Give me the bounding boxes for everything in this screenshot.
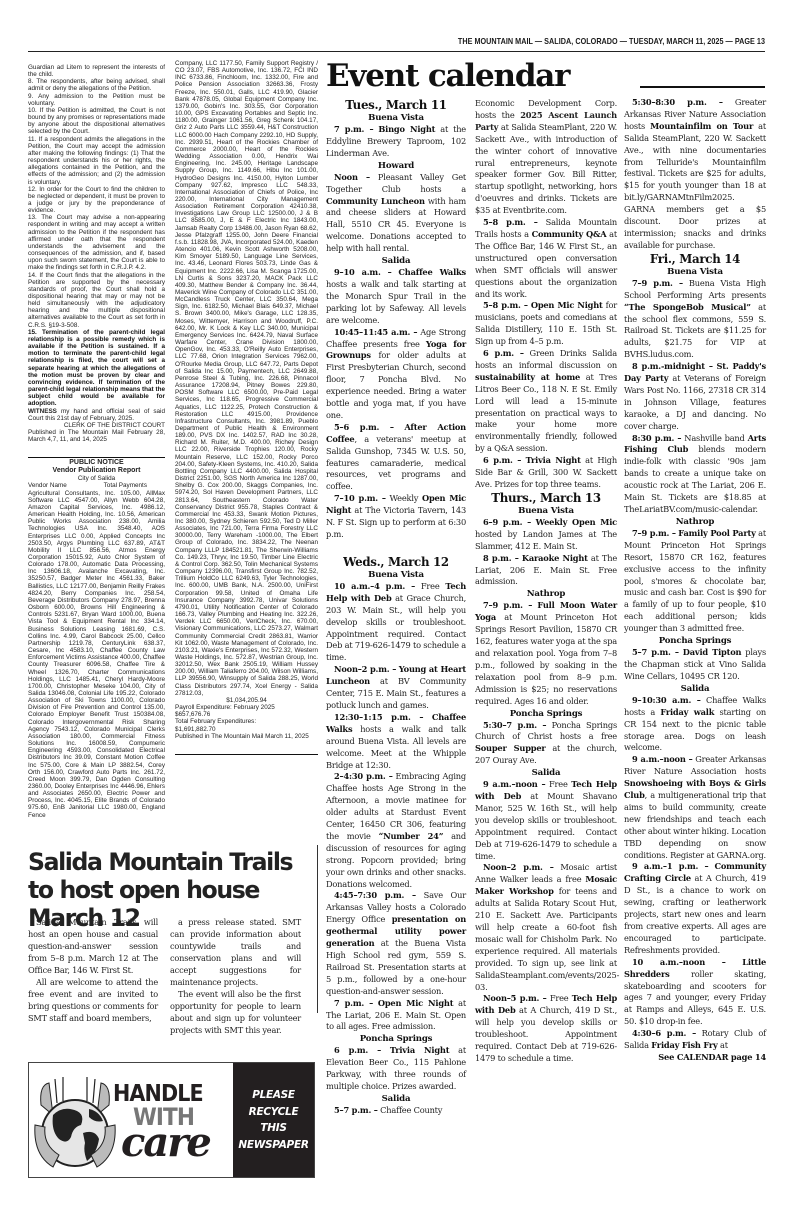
event-details: at Tres Litros Beer Co., 118 N. E St. Em… — [475, 372, 617, 453]
town-heading: Howard — [326, 160, 466, 172]
vendor-report-title: Vendor Publication Report — [28, 467, 165, 475]
event-item: 7–10 p.m. – Weekly Open Mic Night at The… — [326, 493, 466, 541]
town-heading: Buena Vista — [326, 569, 466, 581]
town-heading: Buena Vista — [475, 505, 617, 517]
event-item: 5:30–8:30 p.m. – Greater Arkansas River … — [624, 97, 766, 252]
event-item: 10 a.m.–noon – Little Shredders roller s… — [624, 957, 766, 1028]
town-heading: Buena Vista — [326, 112, 466, 124]
town-heading: Buena Vista — [624, 266, 766, 278]
event-item: 4:30–6 p.m. – Rotary Club of Salida Frid… — [624, 1028, 766, 1052]
recycle-ad: HANDLE WITH care PLEASE RECYCLE THIS NEW… — [28, 1062, 315, 1178]
continued-jump-link[interactable]: See CALENDAR page 14 — [624, 1052, 766, 1064]
event-time: 5–8 p.m. – — [483, 300, 528, 310]
story-paragraph: a press release stated. SMT can provide … — [170, 916, 301, 988]
event-time: 7–9 p.m. – — [632, 278, 683, 288]
event-name: David Tipton — [683, 647, 742, 657]
event-item: 7–9 p.m. – Full Moon Water Yoga at Mount… — [475, 600, 617, 707]
title-rule — [640, 86, 765, 88]
event-name: Open Mic Night — [531, 300, 603, 310]
event-item: 5–8 p.m. – Open Mic Night for musicians,… — [475, 300, 617, 348]
vendor-list-continued: Company, LLC 1177.50, Family Support Reg… — [175, 60, 318, 755]
event-time: 6 p.m. – — [334, 1045, 381, 1055]
event-text: Weekly — [386, 493, 422, 503]
event-item: 9 a.m.–noon – Greater Arkansas River Nat… — [624, 754, 766, 861]
event-item: 9–10:30 a.m. – Chaffee Walks hosts a Fri… — [624, 695, 766, 755]
event-time: Noon – — [334, 172, 370, 182]
event-details: blends modern indie-folk with classic '9… — [624, 444, 766, 514]
event-time: 9 a.m.–noon – — [632, 754, 693, 764]
event-time: 6 p.m. – — [483, 348, 524, 358]
event-name: Bingo Night — [378, 124, 435, 134]
total-expenditures-value: $1,691,882.70 — [175, 726, 318, 733]
town-heading: Poncha Springs — [475, 708, 617, 720]
event-time: Noon–2 p.m. – — [334, 664, 396, 674]
event-details: hosts a walk and talk starting at the Mo… — [326, 279, 466, 325]
event-time: 7–9 p.m. – — [483, 600, 532, 610]
event-time: Noon–2 p.m. – — [483, 862, 554, 872]
event-name: Friday walk — [660, 707, 714, 717]
event-item: 5–7 p.m. – David Tipton plays the Chapma… — [624, 647, 766, 683]
event-time: 4:30–6 p.m. – — [632, 1028, 696, 1038]
event-item: 2–4:30 p.m. – Embracing Aging Chaffee ho… — [326, 771, 466, 890]
event-item: 6 p.m. – Green Drinks Salida hosts an in… — [475, 348, 617, 455]
event-time: 6 p.m. – — [483, 455, 521, 465]
event-item: 10:45–11:45 a.m. – Age Strong Chaffee pr… — [326, 327, 466, 422]
column-rule — [317, 845, 318, 1013]
event-time: 8 p.m. – — [483, 553, 519, 563]
public-notice-label: PUBLIC NOTICE — [28, 459, 165, 467]
event-column-1: Tues., March 11Buena Vista7 p.m. – Bingo… — [326, 98, 466, 1117]
event-item: 10 a.m.–4 p.m. – Free Tech Help with Deb… — [326, 581, 466, 664]
event-time: 9 a.m.–noon – — [483, 779, 545, 789]
day-heading: Fri., March 14 — [624, 252, 766, 266]
event-name: Mountainfilm on Tour — [650, 121, 753, 131]
clerk-signature: CLERK OF THE DISTRICT COURT — [28, 422, 165, 429]
event-item: 4:45–7:30 p.m. – Save Our Arkansas Valle… — [326, 890, 466, 997]
legal-notice-column: Guardian ad Litem to represent the inter… — [28, 64, 165, 819]
legal-paragraph: 9. Any admission to the Petition must be… — [28, 93, 165, 107]
event-column-3: 5:30–8:30 p.m. – Greater Arkansas River … — [624, 97, 766, 1064]
event-text-start: Chaffee County — [378, 1105, 443, 1115]
hands-globe-icon — [33, 1075, 117, 1171]
event-time: 9–10 a.m. – — [334, 267, 392, 277]
event-item: 9 a.m.–1 p.m. – Community Crafting Circl… — [624, 861, 766, 956]
event-time: 5:30–8:30 p.m. – — [632, 97, 723, 107]
event-name: Family Pool Party — [678, 528, 755, 538]
event-item: 8 p.m. – Karaoke Night at The Lariat, 20… — [475, 553, 617, 589]
event-time: 7 p.m. – — [334, 998, 373, 1008]
event-time: 5–6 p.m. – — [334, 422, 394, 432]
event-details: at Salida SteamPlant, 220 W. Sackett Ave… — [624, 121, 766, 250]
town-heading: Poncha Springs — [624, 635, 766, 647]
town-heading: Salida — [326, 255, 466, 267]
vendor-report-entity: City of Salida — [28, 475, 165, 482]
payroll-value: $657,676.76 — [175, 711, 318, 718]
town-heading: Poncha Springs — [326, 1033, 466, 1045]
story-paragraph: The event will also be the first opportu… — [170, 988, 301, 1036]
legal-paragraph: 11. If a respondent admits the allegatio… — [28, 136, 165, 186]
story-paragraph: All are welcome to attend the free event… — [28, 976, 158, 1024]
event-time: 2–4:30 p.m. – — [334, 771, 393, 781]
event-item: 5–7 p.m. – Chaffee County — [326, 1105, 466, 1117]
event-name: Community Luncheon — [326, 196, 425, 206]
event-text: Nashville band — [681, 433, 747, 443]
event-item: 7–9 p.m. – Family Pool Party at Mount Pr… — [624, 528, 766, 635]
event-time: 5–7 p.m. – — [334, 1105, 378, 1115]
recycle-message: PLEASE RECYCLE THIS NEWSPAPER — [233, 1063, 314, 1177]
event-details: at Mount Princeton Hot Springs Resort Pa… — [475, 612, 617, 705]
event-item: Noon–5 p.m. – Free Tech Help with Deb at… — [475, 993, 617, 1064]
vendor-list-part1: Agricultural Consultants, Inc. 105.00, A… — [28, 490, 165, 819]
event-name: Open Mic Night — [378, 998, 453, 1008]
event-item: Noon–2 p.m. – Mosaic artist Anne Walker … — [475, 862, 617, 993]
story-column-2: a press release stated. SMT can provide … — [170, 916, 301, 1036]
total-expenditures-label: Total February Expenditures: — [175, 718, 318, 725]
event-item: 5–8 p.m. – Salida Mountain Trails hosts … — [475, 217, 617, 300]
legal-paragraph: 12. In order for the Court to find the c… — [28, 186, 165, 215]
vendor-published: Published in The Mountain Mail March 11,… — [175, 733, 318, 740]
day-heading: Weds., March 12 — [326, 555, 466, 569]
event-name: sustainability at home — [475, 372, 580, 382]
event-item: 9 a.m.–noon – Free Tech Help with Deb at… — [475, 779, 617, 862]
event-name: Weekly Open Mic — [536, 517, 617, 527]
event-details: at Mount Princeton Hot Springs Resort, 1… — [624, 528, 766, 633]
town-heading: Nathrop — [624, 516, 766, 528]
event-item: 7 p.m. – Bingo Night at the Eddyline Bre… — [326, 124, 466, 160]
event-text: Free — [415, 581, 445, 591]
event-time: 5:30–7 p.m. – — [483, 720, 546, 730]
event-item: 6 p.m. – Trivia Night at High Side Bar &… — [475, 455, 617, 491]
event-name: “Number 24” — [379, 831, 444, 841]
event-time: 9 a.m.–1 p.m. – — [632, 861, 708, 871]
event-name: “The SpongeBob Musical” — [624, 302, 751, 312]
page-masthead: THE MOUNTAIN MAIL — SALIDA, COLORADO — T… — [28, 30, 765, 52]
event-name: Souper Supper — [475, 743, 546, 753]
event-item: 5–6 p.m. – After Action Coffee, a vetera… — [326, 422, 466, 493]
day-heading: Thurs., March 13 — [475, 491, 617, 505]
legal-paragraph: 10. If the Petition is admitted, the Cou… — [28, 107, 165, 136]
event-item: Noon–2 p.m. – Young at Heart Luncheon at… — [326, 664, 466, 712]
event-details: hosted by Landon James at The Slammer, 4… — [475, 529, 617, 551]
event-name: Trivia Night — [526, 455, 581, 465]
event-item: 5:30–7 p.m. – Poncha Springs Church of C… — [475, 720, 617, 768]
event-name: Trivia Night — [390, 1045, 449, 1055]
vendor-report-section: PUBLIC NOTICE Vendor Publication Report … — [28, 457, 165, 819]
event-name: Friday Fish Fry — [651, 1040, 717, 1050]
event-time: 8:30 p.m. – — [632, 433, 681, 443]
masthead-text: THE MOUNTAIN MAIL — SALIDA, COLORADO — T… — [458, 37, 765, 46]
legal-paragraph: 13. The Court may advise a non-appearing… — [28, 214, 165, 271]
vendor-total: $1,034,205.94 — [175, 697, 318, 704]
event-time: 7–9 p.m. – — [632, 528, 676, 538]
event-time: Noon–5 p.m. – — [483, 993, 547, 1003]
event-text: Free — [545, 779, 571, 789]
event-details: at — [718, 1040, 728, 1050]
event-item: 7 p.m. – Open Mic Night at The Lariat, 2… — [326, 998, 466, 1034]
event-time: 7–10 p.m. – — [334, 493, 386, 503]
event-item: 7–9 p.m. – Buena Vista High School Perfo… — [624, 278, 766, 361]
story-column-1: Salida Mountain Trails will host an open… — [28, 916, 158, 1024]
event-details: at A Church, 419 D St., is a chance to w… — [624, 873, 766, 954]
town-heading: Salida — [326, 1093, 466, 1105]
publication-dates: Published in The Mountain Mail February … — [28, 429, 165, 443]
town-heading: Salida — [624, 683, 766, 695]
ad-care-text: care — [121, 1123, 210, 1163]
event-item: 6–9 p.m. – Weekly Open Mic hosted by Lan… — [475, 517, 617, 553]
event-time: 10 a.m.–4 p.m. – — [334, 581, 415, 591]
event-item: Noon – Pleasant Valley Get Together Club… — [326, 172, 466, 255]
event-details: for teens and adults at Salida Rotary Sc… — [475, 886, 619, 991]
event-column-2: Economic Development Corp. hosts the 202… — [475, 98, 617, 1065]
event-details: at Mount Shavano Manor, 525 W. 16th St.,… — [475, 791, 617, 861]
event-name: Karaoke Night — [522, 553, 588, 563]
event-item: 12:30–1:15 p.m. – Chaffee Walks hosts a … — [326, 712, 466, 772]
event-time: 7 p.m. – — [334, 124, 373, 134]
event-details: for older adults at First Presbyterian C… — [326, 350, 466, 420]
section-divider — [175, 754, 318, 755]
legal-paragraph: 14. If the Court finds that the allegati… — [28, 272, 165, 329]
legal-termination-paragraph: 15. Termination of the parent-child lega… — [28, 329, 165, 408]
event-time: 6–9 p.m. – — [483, 517, 531, 527]
event-name: Community Q&A — [532, 229, 607, 239]
event-calendar-title: Event calendar — [326, 58, 766, 98]
legal-paragraph: 8. The respondents, after being advised,… — [28, 78, 165, 92]
event-item: 6 p.m. – Trivia Night at Elevation Beer … — [326, 1045, 466, 1093]
event-details: , a multigenerational trip that aims to … — [624, 790, 766, 860]
event-text: Free — [547, 993, 572, 1003]
event-name: Chaffee Walks — [398, 267, 466, 277]
event-details: at Salida SteamPlant, 220 W. Sackett Ave… — [475, 122, 617, 215]
event-details: at Grace Church, 203 W. Main St., will h… — [326, 593, 466, 663]
handle-with-care-graphic: HANDLE WITH care — [29, 1063, 233, 1177]
payroll-label: Payroll Expenditure: February 2025 — [175, 704, 318, 711]
witness-line: WITNESS my hand and official seal of sai… — [28, 408, 165, 422]
vendor-list-part2: Company, LLC 1177.50, Family Support Reg… — [175, 60, 318, 697]
event-item: 9–10 a.m. – Chaffee Walks hosts a walk a… — [326, 267, 466, 327]
town-heading: Salida — [475, 767, 617, 779]
event-time: 5–7 p.m. – — [632, 647, 679, 657]
story-paragraph: Salida Mountain Trails will host an open… — [28, 916, 158, 976]
event-item-continued: Economic Development Corp. hosts the 202… — [475, 98, 617, 217]
legal-paragraph: Guardian ad Litem to represent the inter… — [28, 64, 165, 78]
event-time: 10 a.m.–noon – — [632, 957, 726, 967]
event-time: 5–8 p.m. – — [483, 217, 538, 227]
event-time: 4:45–7:30 p.m. – — [334, 890, 416, 900]
town-heading: Nathrop — [475, 588, 617, 600]
event-item: 8 p.m.-midnight – St. Paddy's Day Party … — [624, 361, 766, 432]
event-item: 8:30 p.m. – Nashville band Arts Fishing … — [624, 433, 766, 516]
event-time: 12:30–1:15 p.m. – — [334, 712, 423, 722]
day-heading: Tues., March 11 — [326, 98, 466, 112]
event-time: 10:45–11:45 a.m. – — [334, 327, 417, 337]
vendor-column-headers: Vendor Name Total Payments — [28, 482, 165, 489]
event-details: at The Office Bar, 146 W. First St., an … — [475, 229, 617, 299]
event-time: 8 p.m.-midnight – — [632, 361, 713, 371]
event-time: 9–10:30 a.m. – — [632, 695, 701, 705]
